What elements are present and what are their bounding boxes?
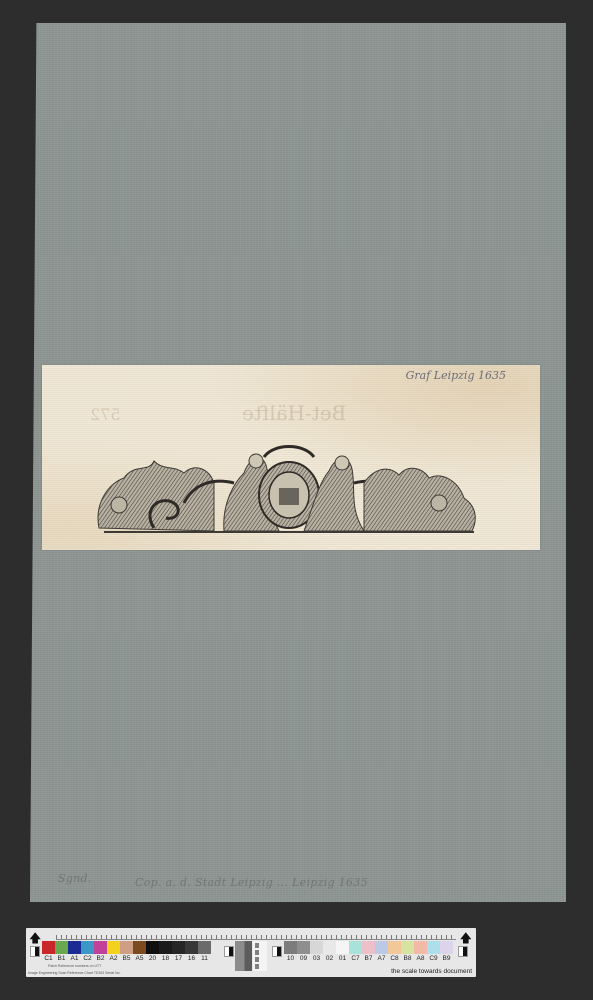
label: C8 [388, 955, 401, 962]
scale-ruler [56, 931, 456, 940]
gray-step-block [235, 941, 252, 971]
gray-square-marker [224, 946, 234, 957]
left-color-patches [42, 941, 211, 954]
pencil-annotation: Graf Leipzig 1635 [406, 369, 506, 382]
label: 11 [198, 955, 211, 962]
label: A2 [107, 955, 120, 962]
label: 02 [323, 955, 336, 962]
patch-a1 [68, 941, 81, 954]
left-patch-labels: C1 B1 A1 C2 B2 A2 B5 A5 20 18 17 16 11 [42, 955, 211, 962]
patch-c7 [349, 941, 362, 954]
patch-b8 [401, 941, 414, 954]
board-note-main: Cop. a. d. Stadt Leipzig ... Leipzig 163… [135, 876, 368, 889]
patch-b2 [94, 941, 107, 954]
patch-17 [172, 941, 185, 954]
gray-square-marker [30, 946, 40, 957]
patch-20 [146, 941, 159, 954]
label: B7 [362, 955, 375, 962]
patch-03 [310, 941, 323, 954]
gray-square-marker [458, 946, 468, 957]
label: B2 [94, 955, 107, 962]
label: A7 [375, 955, 388, 962]
patch-10 [284, 941, 297, 954]
label: 18 [159, 955, 172, 962]
label: 16 [185, 955, 198, 962]
patch-a8 [414, 941, 427, 954]
label: 17 [172, 955, 185, 962]
label: C1 [42, 955, 55, 962]
right-patch-labels: 10 09 03 02 01 C7 B7 A7 C8 B8 A8 C9 B9 [284, 955, 453, 962]
paper-fragment: Graf Leipzig 1635 572 Bet-Hälfte [42, 365, 540, 550]
patch-b1 [55, 941, 68, 954]
patch-c1 [42, 941, 55, 954]
patch-16 [185, 941, 198, 954]
engraved-ornament-icon [94, 443, 479, 539]
label: 09 [297, 955, 310, 962]
mini-reference-card [253, 941, 267, 971]
board-note-left: Sgnd. [58, 872, 92, 885]
label: A1 [68, 955, 81, 962]
label: C7 [349, 955, 362, 962]
patch-reference-note: Patch Reference numbers on UTT [48, 964, 101, 968]
patch-02 [323, 941, 336, 954]
label: 01 [336, 955, 349, 962]
patch-b5 [120, 941, 133, 954]
patch-c8 [388, 941, 401, 954]
label: B5 [120, 955, 133, 962]
patch-18 [159, 941, 172, 954]
gray-square-marker [272, 946, 282, 957]
label: 10 [284, 955, 297, 962]
patch-b7 [362, 941, 375, 954]
show-through-heading: Bet-Hälfte [242, 401, 346, 425]
scale-caption: the scale towards document [391, 968, 472, 975]
patch-a5 [133, 941, 146, 954]
patch-a7 [375, 941, 388, 954]
chart-footer-note: Image Engineering Scan Reference Chart T… [28, 971, 121, 975]
label: B8 [401, 955, 414, 962]
right-color-patches [284, 941, 453, 954]
label: A5 [133, 955, 146, 962]
label: C9 [427, 955, 440, 962]
label: B9 [440, 955, 453, 962]
patch-b9 [440, 941, 453, 954]
patch-09 [297, 941, 310, 954]
patch-c2 [81, 941, 94, 954]
patch-a2 [107, 941, 120, 954]
patch-11 [198, 941, 211, 954]
label: A8 [414, 955, 427, 962]
patch-c9 [427, 941, 440, 954]
label: 03 [310, 955, 323, 962]
color-calibration-target: 🡅 🡅 C1 B1 A1 C2 B2 A2 B5 A5 20 18 17 16 … [26, 928, 476, 977]
label: C2 [81, 955, 94, 962]
label: B1 [55, 955, 68, 962]
show-through-page-number: 572 [90, 405, 121, 424]
patch-01 [336, 941, 349, 954]
label: 20 [146, 955, 159, 962]
